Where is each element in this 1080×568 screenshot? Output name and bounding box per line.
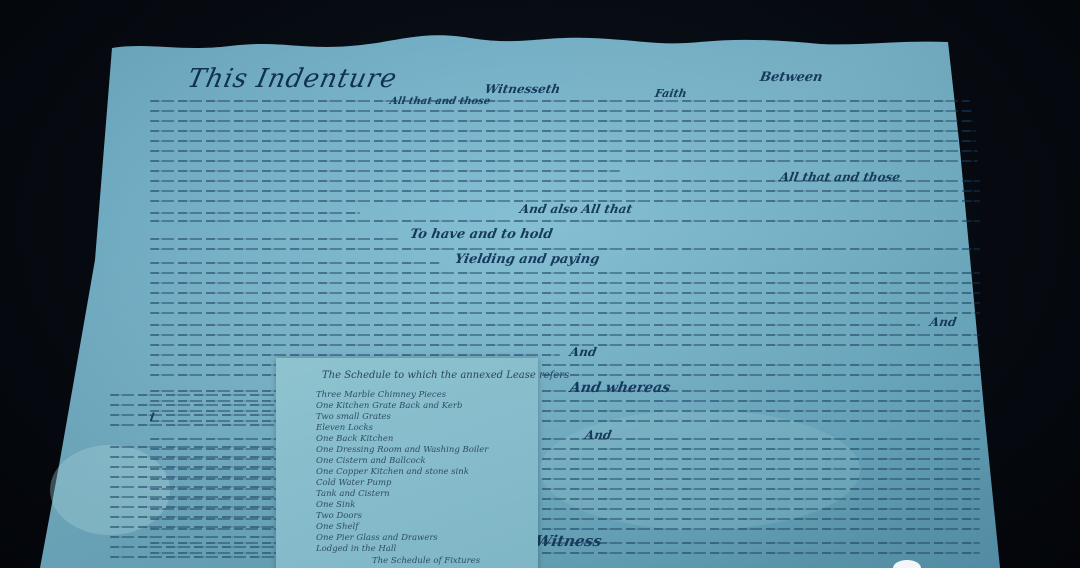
left-margin-lines bbox=[110, 390, 280, 568]
slip-item: Three Marble Chimney Pieces bbox=[316, 390, 446, 400]
document-title: This Indenture bbox=[185, 64, 400, 94]
slip-item: Two Doors bbox=[316, 511, 362, 521]
slip-item: One Dressing Room and Washing Boiler bbox=[316, 445, 488, 455]
slip-item: Lodged in the Hall bbox=[316, 544, 396, 554]
heading-witnesseth: Witnesseth bbox=[484, 82, 562, 96]
slip-item: One Copper Kitchen and stone sink bbox=[316, 467, 469, 477]
heading-and-1: And bbox=[929, 315, 958, 329]
heading-and-whereas: And whereas bbox=[569, 380, 672, 396]
slip-item: One Kitchen Grate Back and Kerb bbox=[316, 401, 462, 411]
slip-signature: The Schedule of Fixtures bbox=[372, 556, 480, 566]
slip-item: One Back Kitchen bbox=[316, 434, 393, 444]
slip-item: Tank and Cistern bbox=[316, 489, 390, 499]
photo-scene: This Indenture Between Witnesseth Faith … bbox=[0, 0, 1080, 568]
heading-yielding-and-paying: Yielding and paying bbox=[454, 252, 601, 267]
heading-and-also-all-that: And also All that bbox=[519, 202, 634, 216]
slip-item: Cold Water Pump bbox=[316, 478, 391, 488]
slip-item: One Shelf bbox=[316, 522, 358, 532]
slip-item: Two small Grates bbox=[316, 412, 391, 422]
schedule-slip: The Schedule to which the annexed Lease … bbox=[276, 358, 538, 568]
heading-faith: Faith bbox=[654, 87, 688, 100]
slip-item: One Pier Glass and Drawers bbox=[316, 533, 438, 543]
slip-item: One Sink bbox=[316, 500, 355, 510]
slip-item: Eleven Locks bbox=[316, 423, 373, 433]
heading-between: Between bbox=[759, 70, 824, 85]
heading-witness: Witness bbox=[533, 532, 603, 550]
heading-and-2: And bbox=[569, 345, 598, 359]
slip-heading: The Schedule to which the annexed Lease … bbox=[322, 370, 569, 381]
heading-to-have-and-to-hold: To have and to hold bbox=[409, 227, 554, 242]
slip-item: One Cistern and Ballcock bbox=[316, 456, 426, 466]
